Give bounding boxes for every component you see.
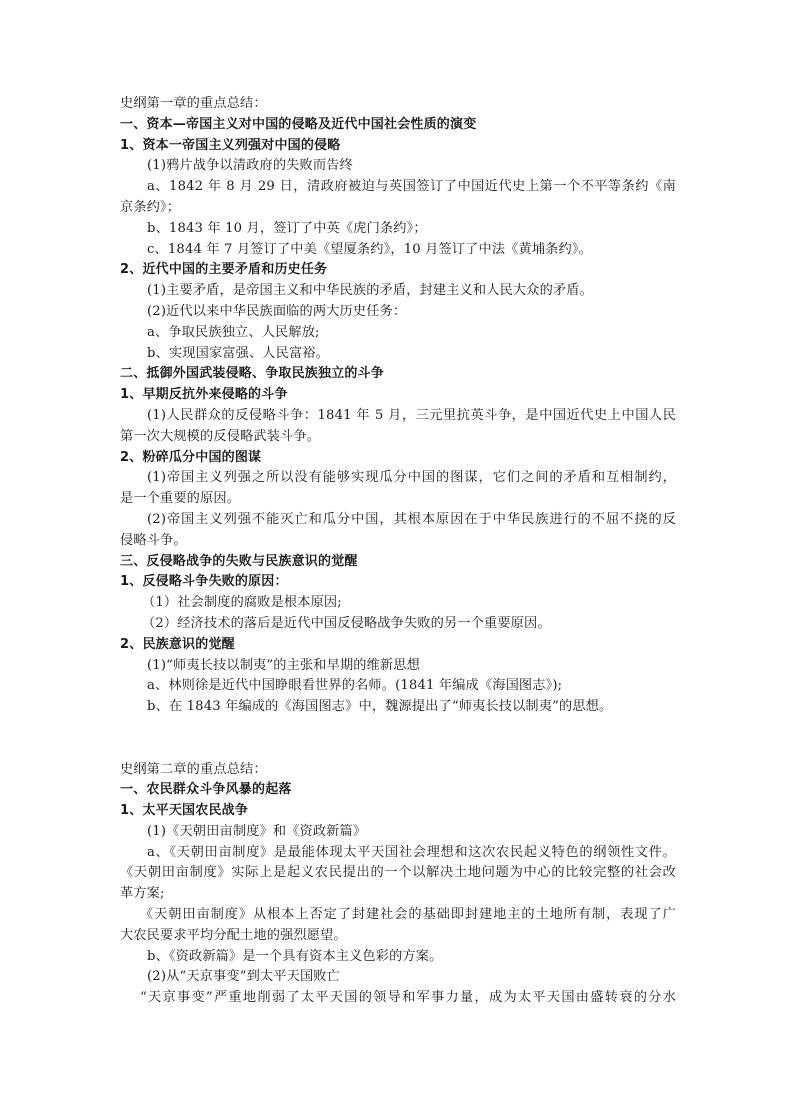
paragraph-line: (1)鸦片战争以清政府的失败而告终	[120, 156, 676, 177]
paragraph-line: b、《资政新篇》是一个具有资本主义色彩的方案。	[120, 947, 676, 968]
paragraph-line: 京条约》；	[120, 198, 676, 219]
paragraph-line: （2）经济技术的落后是近代中国反侵略战争失败的另一个重要原因。	[120, 614, 676, 635]
paragraph-line: (2)帝国主义列强不能灭亡和瓜分中国，其根本原因在于中华民族进行的不屈不挠的反	[120, 510, 676, 531]
paragraph-line: 大农民要求平均分配土地的强烈愿望。	[120, 926, 676, 947]
subsection-heading: 2、近代中国的主要矛盾和历史任务	[120, 260, 676, 281]
subsection-heading: 1、资本一帝国主义列强对中国的侵略	[120, 136, 676, 157]
section-heading: 三、反侵略战争的失败与民族意识的觉醒	[120, 552, 676, 573]
paragraph-line: a、林则徐是近代中国睁眼看世界的名师。(1841 年编成《海国图志》);	[120, 676, 676, 697]
paragraph-line: c、1844 年 7 月签订了中美《望厦条约》，10 月签订了中法《黄埔条约》。	[120, 240, 676, 261]
section-heading: 一、农民群众斗争风暴的起落	[120, 780, 676, 801]
paragraph-line: (1)主要矛盾，是帝国主义和中华民族的矛盾，封建主义和人民大众的矛盾。	[120, 281, 676, 302]
paragraph-line: (1)人民群众的反侵略斗争：1841 年 5 月，三元里抗英斗争，是中国近代史上…	[120, 406, 676, 427]
section-heading: 一、资本—帝国主义对中国的侵略及近代中国社会性质的演变	[120, 115, 676, 136]
section-heading: 二、抵御外国武装侵略、争取民族独立的斗争	[120, 364, 676, 385]
paragraph-line: 是一个重要的原因。	[120, 489, 676, 510]
paragraph-line: (1)“师夷长技以制夷”的主张和早期的维新思想	[120, 656, 676, 677]
subsection-heading: 1、早期反抗外来侵略的斗争	[120, 385, 676, 406]
chapter-title: 史纲第二章的重点总结：	[120, 760, 676, 781]
paragraph-line: 革方案;	[120, 884, 676, 905]
paragraph-line: a、《天朝田亩制度》是最能体现太平天国社会理想和这次农民起义特色的纲领性文件。	[120, 843, 676, 864]
subsection-heading: 1、太平天国农民战争	[120, 801, 676, 822]
subsection-heading: 2、民族意识的觉醒	[120, 635, 676, 656]
subsection-heading: 1、反侵略斗争失败的原因：	[120, 572, 676, 593]
paragraph-line: b、在 1843 年编成的《海国图志》中，魏源提出了“师夷长技以制夷”的思想。	[120, 697, 676, 718]
paragraph-line: （1）社会制度的腐败是根本原因;	[120, 593, 676, 614]
paragraph-line: “天京事变”严重地削弱了太平天国的领导和军事力量，成为太平天国由盛转衰的分水	[120, 988, 676, 1009]
paragraph-line: 第一次大规模的反侵略武装斗争。	[120, 427, 676, 448]
paragraph-line: (2)从“天京事变”到太平天国败亡	[120, 967, 676, 988]
paragraph-line: (1)帝国主义列强之所以没有能够实现瓜分中国的图谋，它们之间的矛盾和互相制约，	[120, 468, 676, 489]
paragraph-line: 《天朝田亩制度》从根本上否定了封建社会的基础即封建地主的土地所有制，表现了广	[120, 905, 676, 926]
paragraph-line: 《天朝田亩制度》实际上是起义农民提出的一个以解决土地问题为中心的比较完整的社会改	[120, 863, 676, 884]
chapter-title: 史纲第一章的重点总结：	[120, 94, 676, 115]
paragraph-line: a、1842 年 8 月 29 日，清政府被迫与英国签订了中国近代史上第一个不平…	[120, 177, 676, 198]
subsection-heading: 2、粉碎瓜分中国的图谋	[120, 448, 676, 469]
paragraph-line: 侵略斗争。	[120, 531, 676, 552]
paragraph-line: a、争取民族独立、人民解放;	[120, 323, 676, 344]
paragraph-line: b、1843 年 10 月，签订了中英《虎门条约》；	[120, 219, 676, 240]
paragraph-line: (2)近代以来中华民族面临的两大历史任务：	[120, 302, 676, 323]
spacer	[120, 739, 676, 760]
paragraph-line: b、实现国家富强、人民富裕。	[120, 344, 676, 365]
paragraph-line: (1)《天朝田亩制度》和《资政新篇》	[120, 822, 676, 843]
document-page: 史纲第一章的重点总结： 一、资本—帝国主义对中国的侵略及近代中国社会性质的演变 …	[120, 94, 676, 1009]
spacer	[120, 718, 676, 739]
